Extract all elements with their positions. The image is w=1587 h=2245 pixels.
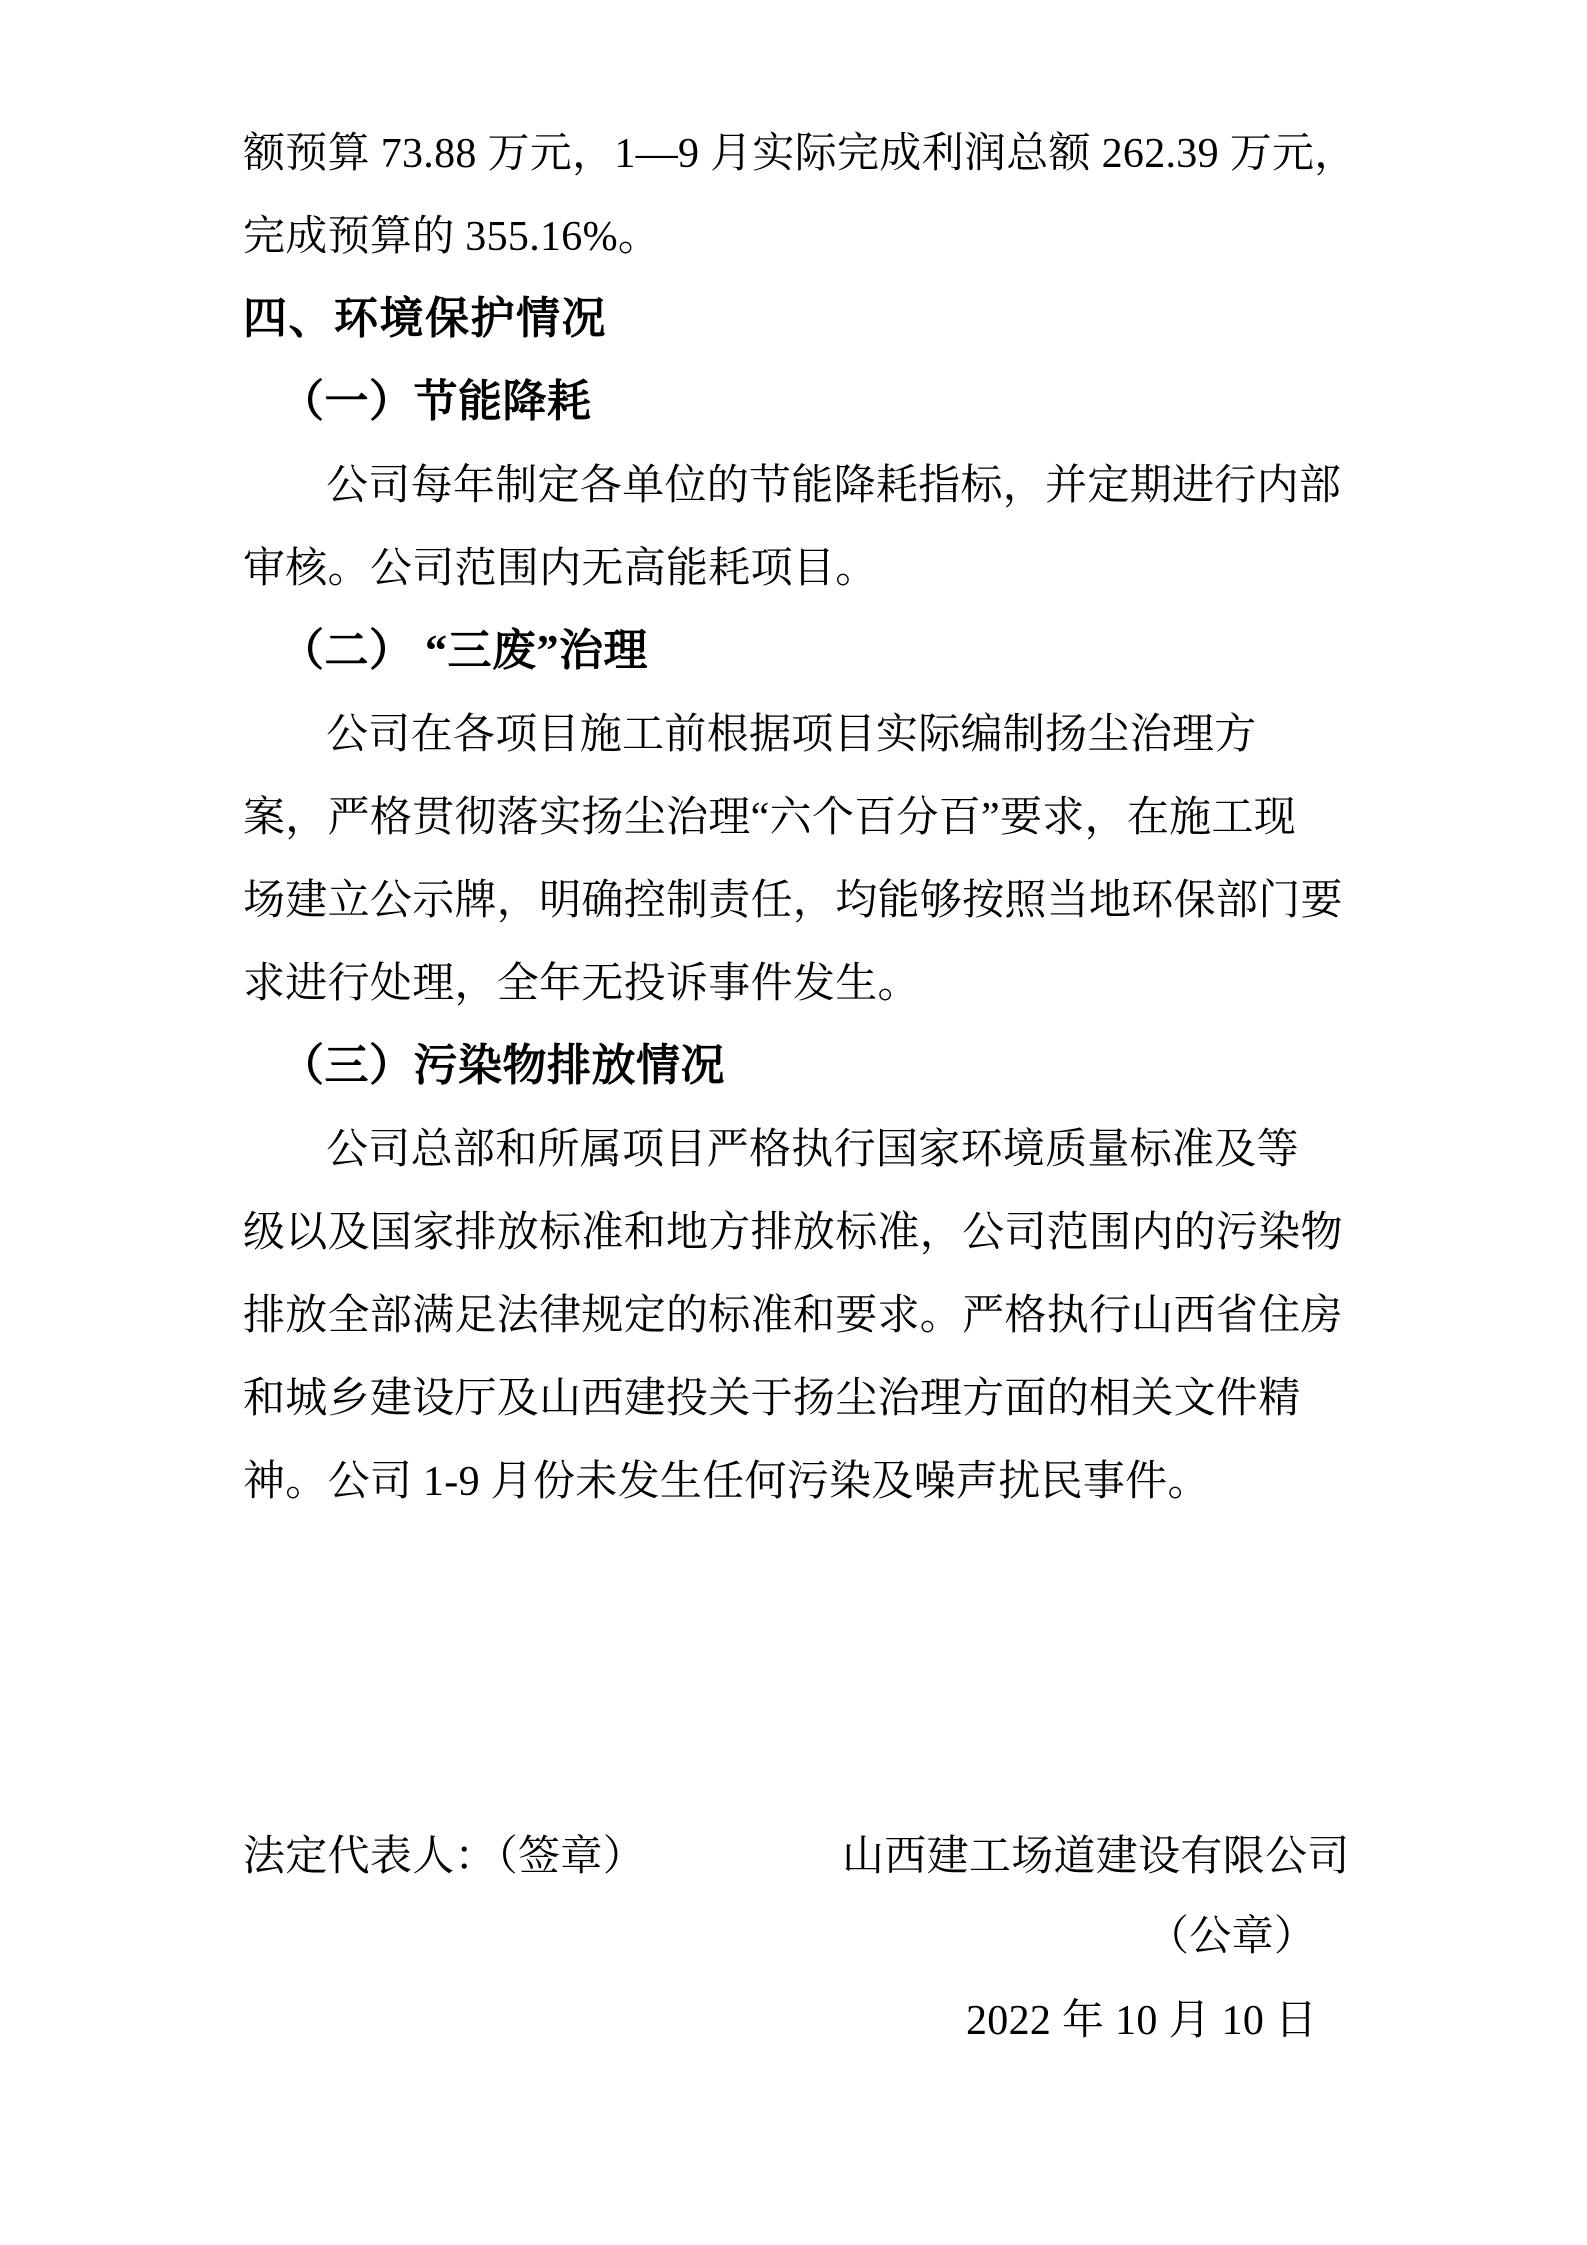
- legal-representative-label: 法定代表人：（签章）: [243, 1834, 645, 1880]
- body-line: 额预算 73.88 万元，1—9 月实际完成利润总额 262.39 万元，: [243, 131, 1357, 177]
- body-line: 求进行处理，全年无投诉事件发生。: [243, 961, 920, 1007]
- document-page: 额预算 73.88 万元，1—9 月实际完成利润总额 262.39 万元， 完成…: [0, 0, 1587, 2245]
- body-line: 级以及国家排放标准和地方排放标准，公司范围内的污染物: [243, 1210, 1343, 1256]
- body-line: 公司总部和所属项目严格执行国家环境质量标准及等: [326, 1127, 1299, 1173]
- body-line: 神。公司 1-9 月份未发生任何污染及噪声扰民事件。: [243, 1459, 1210, 1505]
- company-seal-label: （公章）: [1147, 1914, 1316, 1960]
- body-line: 完成预算的 355.16%。: [243, 214, 660, 260]
- body-line: 和城乡建设厅及山西建投关于扬尘治理方面的相关文件精: [243, 1376, 1301, 1422]
- subsection-heading: （三）污染物排放情况: [280, 1042, 725, 1090]
- body-line: 公司在各项目施工前根据项目实际编制扬尘治理方: [326, 712, 1257, 758]
- body-line: 场建立公示牌，明确控制责任，均能够按照当地环保部门要: [243, 878, 1343, 924]
- subsection-heading: （一）节能降耗: [280, 378, 592, 426]
- body-line: 案，严格贯彻落实扬尘治理“六个百分百”要求，在施工现: [243, 795, 1296, 841]
- subsection-heading: （二） “三废”治理: [280, 627, 648, 675]
- body-line: 公司每年制定各单位的节能降耗指标，并定期进行内部: [326, 463, 1341, 509]
- body-line: 审核。公司范围内无高能耗项目。: [243, 546, 878, 592]
- body-line: 排放全部满足法律规定的标准和要求。严格执行山西省住房: [243, 1293, 1343, 1339]
- date-line: 2022 年 10 月 10 日: [966, 1998, 1317, 2044]
- section-heading: 四、环境保护情况: [243, 295, 607, 343]
- company-name: 山西建工场道建设有限公司: [842, 1834, 1350, 1880]
